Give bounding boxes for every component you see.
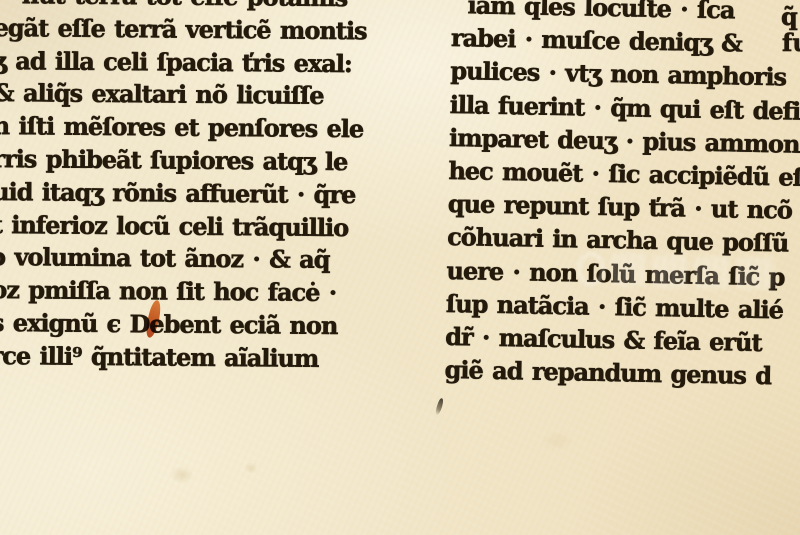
text-line: ɔ volumina tot ãnoz · & aq̃	[0, 241, 365, 277]
text-column-left: nũt terrã tot eſſe potamisegãt eſſe terr…	[0, 0, 367, 376]
text-line: uid itaqʒ rõnis affuerũt · q̃re	[0, 176, 365, 212]
text-line: ʒ ad illa celi ſpacia ťris exal:	[0, 45, 366, 81]
text-line: t inferioz locũ celi trãquillio	[0, 209, 365, 245]
text-column-right: iam q̃les locuſte · ſcarabei · muſce den…	[444, 0, 800, 394]
text-line: rris phibeãt ſupiores atqʒ le	[0, 143, 366, 179]
text-line: giẽ ad repandum genus d	[444, 353, 800, 394]
text-line: s exignũ є Debent eciã non	[0, 307, 364, 343]
next-column-fragment: fu	[782, 28, 800, 57]
text-line: oz pmiſſa non ſit hoc facė ·	[0, 274, 364, 310]
text-line: rce illi⁹ q̃ntitatem aĩalium	[0, 340, 364, 376]
next-column-fragment: q̃	[781, 2, 798, 31]
manuscript-photo: nũt terrã tot eſſe potamisegãt eſſe terr…	[0, 0, 800, 535]
text-line: & aliq̃s exaltari nõ licuiſſe	[0, 77, 366, 113]
text-line: egãt eſſe terrã verticẽ montis	[0, 12, 367, 48]
foxing-spot	[540, 430, 574, 452]
ink-speck	[435, 398, 444, 416]
foxing-spot	[170, 466, 194, 484]
foxing-spot	[244, 462, 258, 474]
text-line: n iſti mẽſores et penſores ele	[0, 110, 366, 146]
